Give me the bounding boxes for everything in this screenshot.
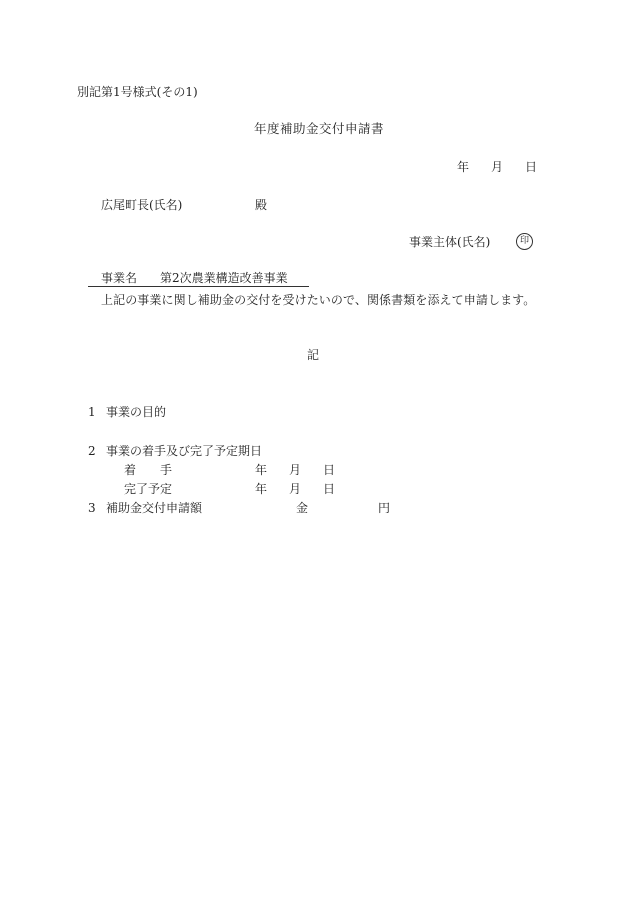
amount-prefix: 金 bbox=[296, 502, 308, 514]
item-number: 2 bbox=[88, 445, 106, 457]
month-label: 月 bbox=[289, 464, 323, 476]
schedule-start-date: 年月日 bbox=[255, 464, 335, 476]
application-date: 年月日 bbox=[457, 161, 537, 173]
year-label: 年 bbox=[255, 483, 289, 495]
schedule-start-label: 着 手 bbox=[124, 464, 172, 476]
date-year-label: 年 bbox=[457, 161, 491, 173]
addressee-honorific: 殿 bbox=[255, 199, 267, 211]
item-label: 補助金交付申請額 bbox=[106, 501, 202, 515]
item-label: 事業の着手及び完了予定期日 bbox=[106, 444, 262, 458]
applicant-label: 事業主体(氏名) bbox=[409, 236, 490, 248]
request-statement: 上記の事業に関し補助金の交付を受けたいので、関係書類を添えて申請します。 bbox=[101, 294, 535, 306]
item-number: 1 bbox=[88, 406, 106, 418]
schedule-end-label: 完了予定 bbox=[124, 483, 172, 495]
addressee-label: 広尾町長(氏名) bbox=[101, 199, 182, 211]
item-label: 事業の目的 bbox=[106, 405, 166, 419]
item-amount: 3補助金交付申請額 bbox=[88, 502, 202, 514]
date-day-label: 日 bbox=[525, 161, 537, 173]
item-schedule: 2事業の着手及び完了予定期日 bbox=[88, 445, 262, 457]
project-name-line: 事業名第2次農業構造改善事業 bbox=[88, 272, 309, 287]
amount-suffix: 円 bbox=[378, 502, 390, 514]
document-title: 年度補助金交付申請書 bbox=[254, 123, 384, 136]
item-number: 3 bbox=[88, 502, 106, 514]
year-label: 年 bbox=[255, 464, 289, 476]
seal-icon: 印 bbox=[516, 233, 533, 250]
project-name-value: 第2次農業構造改善事業 bbox=[160, 271, 288, 285]
ki-heading: 記 bbox=[307, 349, 319, 361]
project-name-label: 事業名 bbox=[101, 272, 160, 284]
form-number-label: 別記第1号様式(その1) bbox=[77, 86, 198, 98]
schedule-end-date: 年月日 bbox=[255, 483, 335, 495]
item-purpose: 1事業の目的 bbox=[88, 406, 166, 418]
day-label: 日 bbox=[323, 483, 335, 495]
day-label: 日 bbox=[323, 464, 335, 476]
month-label: 月 bbox=[289, 483, 323, 495]
date-month-label: 月 bbox=[491, 161, 525, 173]
